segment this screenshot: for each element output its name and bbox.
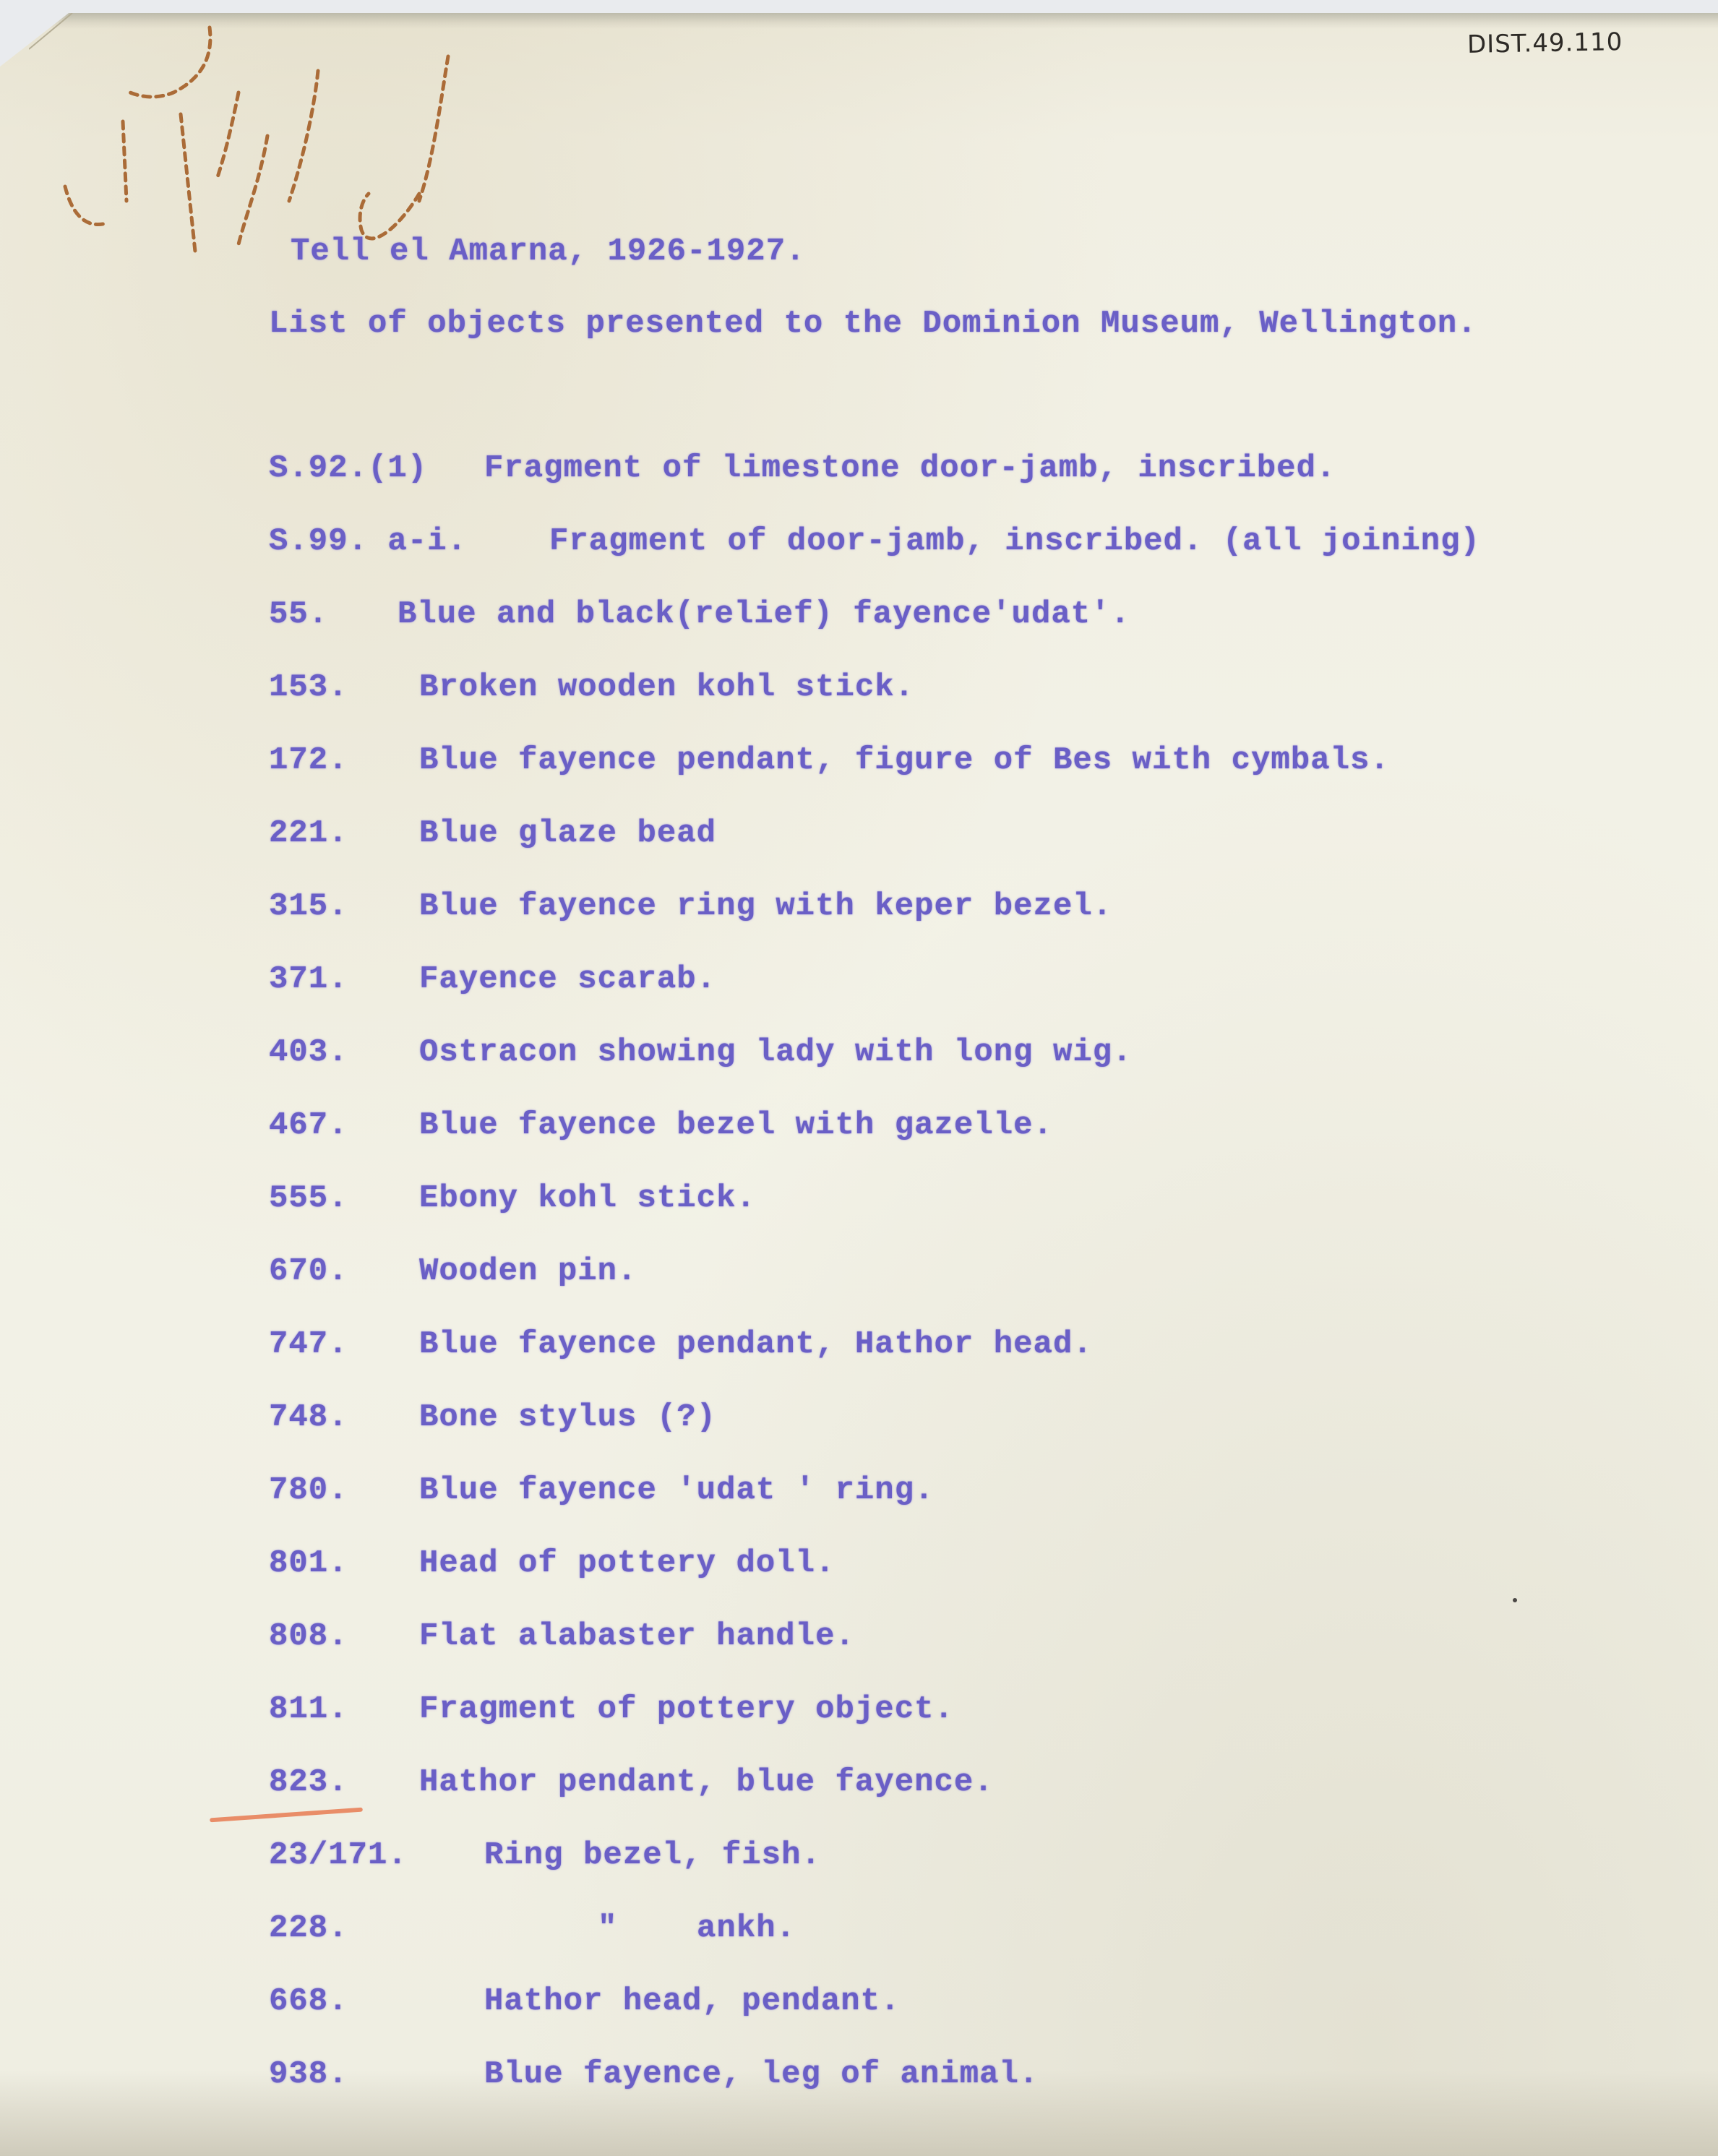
- document-subtitle: List of objects presented to the Dominio…: [269, 306, 1477, 342]
- item-description: Hathor pendant, blue fayence.: [419, 1764, 994, 1800]
- item-number: 221.: [269, 815, 348, 851]
- item-number: 811.: [269, 1691, 348, 1727]
- document-title: Tell el Amarna, 1926-1927.: [291, 233, 806, 270]
- item-description: Blue fayence bezel with gazelle.: [419, 1107, 1053, 1143]
- item-number: 172.: [269, 742, 348, 778]
- item-description: Flat alabaster handle.: [419, 1618, 855, 1654]
- item-description: Bone stylus (?): [419, 1399, 716, 1435]
- item-description: Wooden pin.: [419, 1253, 637, 1289]
- item-number: 555.: [269, 1180, 348, 1216]
- item-number: 938.: [269, 2056, 348, 2092]
- item-description: Fragment of pottery object.: [419, 1691, 954, 1727]
- item-description: Blue and black(relief) fayence'udat'.: [398, 596, 1130, 632]
- item-description: Blue fayence ring with keper bezel.: [419, 888, 1112, 924]
- item-description: " ankh.: [598, 1910, 796, 1946]
- catalog-number: DIST.49.110: [1467, 27, 1623, 59]
- item-description: Broken wooden kohl stick.: [419, 669, 914, 705]
- item-description: Blue fayence pendant, figure of Bes with…: [419, 742, 1390, 778]
- item-description: Fayence scarab.: [419, 961, 716, 997]
- item-number: S.92.(1): [269, 450, 427, 486]
- item-number: 403.: [269, 1034, 348, 1070]
- item-number: 371.: [269, 961, 348, 997]
- item-description: Fragment of door-jamb, inscribed. (all j…: [549, 523, 1480, 559]
- item-number: 780.: [269, 1472, 348, 1508]
- item-description: Blue glaze bead: [419, 815, 716, 851]
- item-description: Hathor head, pendant.: [484, 1983, 901, 2019]
- item-description: Fragment of limestone door-jamb, inscrib…: [484, 450, 1336, 486]
- item-number: 23/171.: [269, 1837, 408, 1873]
- item-description: Ostracon showing lady with long wig.: [419, 1034, 1133, 1070]
- item-description: Head of pottery doll.: [419, 1545, 836, 1581]
- item-description: Blue fayence, leg of animal.: [484, 2056, 1039, 2092]
- item-number: 808.: [269, 1618, 348, 1654]
- item-description: Blue fayence 'udat ' ring.: [419, 1472, 935, 1508]
- item-number: S.99. a-i.: [269, 523, 467, 559]
- item-number: 668.: [269, 1983, 348, 2019]
- item-number: 467.: [269, 1107, 348, 1143]
- item-number: 315.: [269, 888, 348, 924]
- item-description: Blue fayence pendant, Hathor head.: [419, 1326, 1093, 1362]
- item-number: 228.: [269, 1910, 348, 1946]
- item-number: 748.: [269, 1399, 348, 1435]
- item-number: 823.: [269, 1764, 348, 1800]
- typed-document-page: DIST.49.110 Tell el Amarna, 1926-1927. L…: [0, 13, 1718, 2156]
- orange-pencil-mark: [210, 1808, 363, 1823]
- ink-dot: [1513, 1598, 1517, 1602]
- item-number: 747.: [269, 1326, 348, 1362]
- item-number: 153.: [269, 669, 348, 705]
- item-description: Ring bezel, fish.: [484, 1837, 821, 1873]
- item-description: Ebony kohl stick.: [419, 1180, 756, 1216]
- item-number: 670.: [269, 1253, 348, 1289]
- item-number: 55.: [269, 596, 328, 632]
- item-number: 801.: [269, 1545, 348, 1581]
